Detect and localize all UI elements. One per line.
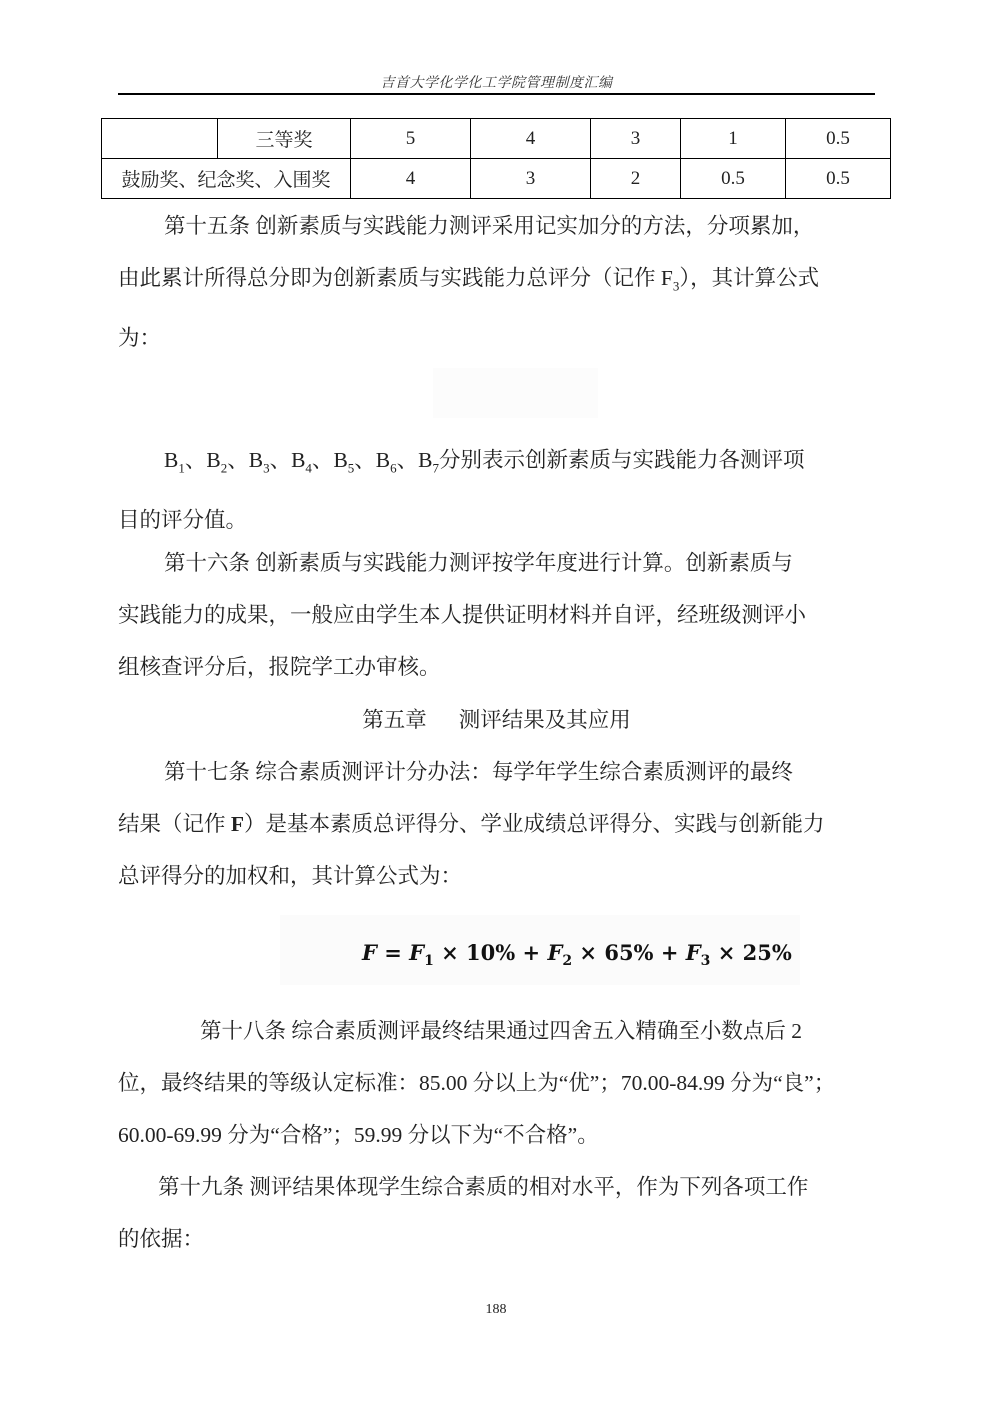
award-score-table: 三等奖 5 4 3 1 0.5 鼓励奖、纪念奖、入围奖 4 3 2 0.5 0.… [101,118,891,199]
chapter-number: 第五章 [362,708,427,732]
table-cell: 4 [471,119,591,159]
chapter-heading: 第五章测评结果及其应用 [118,694,875,746]
table-cell: 0.5 [681,159,786,199]
article-19: 第十九条 测评结果体现学生综合素质的相对水平，作为下列各项工作 的依据： [118,1161,875,1265]
header-rule [118,93,875,95]
b-definition: B1、B2、B3、B4、B5、B6、B7分别表示创新素质与实践能力各测评项 目的… [118,434,875,546]
table-cell: 3 [471,159,591,199]
weighted-sum-formula: F = F1 × 10% + F2 × 65% + F3 × 25% [362,940,792,969]
article-17: 第十七条 综合素质测评计分办法：每学年学生综合素质测评的最终 结果（记作 F）是… [118,746,875,902]
table-row: 三等奖 5 4 3 1 0.5 [102,119,891,159]
paragraph-line: 第十五条 创新素质与实践能力测评采用记实加分的方法，分项累加， [118,200,875,252]
table-cell: 4 [351,159,471,199]
table-row: 鼓励奖、纪念奖、入围奖 4 3 2 0.5 0.5 [102,159,891,199]
article-15: 第十五条 创新素质与实践能力测评采用记实加分的方法，分项累加， 由此累计所得总分… [118,200,875,364]
table-cell: 2 [591,159,681,199]
paragraph-line: 组核查评分后，报院学工办审核。 [118,641,875,693]
table-cell: 鼓励奖、纪念奖、入围奖 [102,159,351,199]
paragraph-line: 60.00-69.99 分为“合格”；59.99 分以下为“不合格”。 [118,1109,875,1161]
article-18: 第十八条 综合素质测评最终结果通过四舍五入精确至小数点后 2 位，最终结果的等级… [118,1005,875,1161]
paragraph-line: 第十七条 综合素质测评计分办法：每学年学生综合素质测评的最终 [118,746,875,798]
paragraph-line: 第十六条 创新素质与实践能力测评按学年度进行计算。创新素质与 [118,537,875,589]
chapter-title: 测评结果及其应用 [459,708,631,732]
table-cell [102,119,218,159]
paragraph-line: B1、B2、B3、B4、B5、B6、B7分别表示创新素质与实践能力各测评项 [118,434,875,494]
table-cell: 1 [681,119,786,159]
article-16: 第十六条 创新素质与实践能力测评按学年度进行计算。创新素质与 实践能力的成果，一… [118,537,875,693]
running-header: 吉首大学化学化工学院管理制度汇编 [118,72,875,92]
paragraph-line: 结果（记作 F）是基本素质总评得分、学业成绩总评得分、实践与创新能力 [118,798,875,850]
table-cell: 三等奖 [218,119,351,159]
table-cell: 5 [351,119,471,159]
paragraph-line: 实践能力的成果，一般应由学生本人提供证明材料并自评，经班级测评小 [118,589,875,641]
paragraph-line: 第十九条 测评结果体现学生综合素质的相对水平，作为下列各项工作 [118,1161,875,1213]
paragraph-line: 的依据： [118,1213,875,1265]
paragraph-line: 总评得分的加权和，其计算公式为： [118,850,875,902]
formula-image-placeholder [433,368,598,418]
paragraph-line: 由此累计所得总分即为创新素质与实践能力总评分（记作 F3），其计算公式 [118,252,875,312]
table-cell: 0.5 [786,119,891,159]
table-cell: 0.5 [786,159,891,199]
paragraph-line: 第十八条 综合素质测评最终结果通过四舍五入精确至小数点后 2 [118,1005,875,1057]
table-cell: 3 [591,119,681,159]
paragraph-line: 位，最终结果的等级认定标准：85.00 分以上为“优”；70.00-84.99 … [118,1057,875,1109]
paragraph-line: 为： [118,312,875,364]
page-number: 188 [0,1302,992,1318]
